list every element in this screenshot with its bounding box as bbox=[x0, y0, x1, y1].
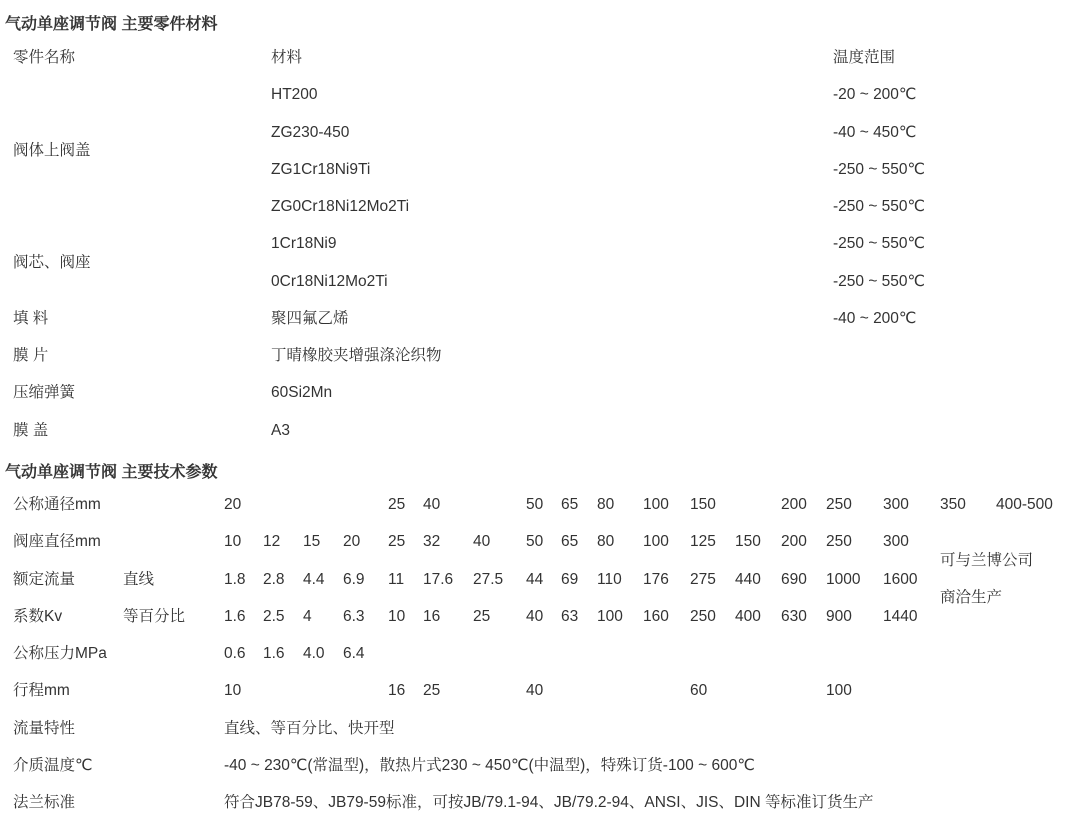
value-cell: 40 bbox=[526, 681, 543, 701]
row-label-flow-characteristic: 流量特性 bbox=[13, 719, 75, 739]
value-cell: 150 bbox=[690, 495, 716, 515]
value-cell: 630 bbox=[781, 607, 807, 627]
value-cell: 100 bbox=[826, 681, 852, 701]
value-cell: 40 bbox=[473, 532, 490, 552]
row-label-medium-temperature: 介质温度℃ bbox=[13, 756, 92, 776]
value-cell: 15 bbox=[303, 532, 320, 552]
part-name: 压缩弹簧 bbox=[13, 383, 75, 403]
material: 1Cr18Ni9 bbox=[271, 234, 336, 254]
value-cell: 69 bbox=[561, 570, 578, 590]
kv-note-line-2: 商洽生产 bbox=[940, 588, 1002, 608]
material: A3 bbox=[271, 421, 290, 441]
value-cell: 6.9 bbox=[343, 570, 365, 590]
value-cell: 25 bbox=[473, 607, 490, 627]
value-cell: 1.6 bbox=[224, 607, 246, 627]
value-cell: 0.6 bbox=[224, 644, 246, 664]
value-cell: 16 bbox=[388, 681, 405, 701]
value-cell: 25 bbox=[423, 681, 440, 701]
value-cell: 40 bbox=[526, 607, 543, 627]
material: 丁晴橡胶夹增强涤沦织物 bbox=[271, 346, 442, 366]
kv-note-line-1: 可与兰博公司 bbox=[940, 551, 1033, 571]
row-label-stroke: 行程mm bbox=[13, 681, 70, 701]
temp-range: -250 ~ 550℃ bbox=[833, 234, 925, 254]
value-cell: 200 bbox=[781, 495, 807, 515]
header-part-name: 零件名称 bbox=[13, 48, 75, 68]
part-name: 阀芯、阀座 bbox=[13, 253, 91, 273]
value-cell: 690 bbox=[781, 570, 807, 590]
value-cell: 44 bbox=[526, 570, 543, 590]
value-cell: 65 bbox=[561, 495, 578, 515]
value-cell: 176 bbox=[643, 570, 669, 590]
value-cell: 160 bbox=[643, 607, 669, 627]
value-cell: 4.0 bbox=[303, 644, 325, 664]
value-cell: 20 bbox=[224, 495, 241, 515]
flange-standard-value: 符合JB78-59、JB79-59标准，可按JB/79.1-94、JB/79.2… bbox=[224, 793, 873, 813]
value-cell: 1600 bbox=[883, 570, 917, 590]
value-cell: 32 bbox=[423, 532, 440, 552]
part-name: 膜 片 bbox=[13, 346, 48, 366]
value-cell: 17.6 bbox=[423, 570, 453, 590]
part-name: 填 料 bbox=[13, 309, 48, 329]
row-label-flange-standard: 法兰标准 bbox=[13, 793, 75, 813]
header-material: 材料 bbox=[271, 48, 302, 68]
row-label-nominal-pressure: 公称压力MPa bbox=[13, 644, 107, 664]
temp-range: -250 ~ 550℃ bbox=[833, 197, 925, 217]
value-cell: 27.5 bbox=[473, 570, 503, 590]
value-cell: 250 bbox=[826, 532, 852, 552]
material: HT200 bbox=[271, 85, 318, 105]
value-cell: 65 bbox=[561, 532, 578, 552]
value-cell: 63 bbox=[561, 607, 578, 627]
value-cell: 2.5 bbox=[263, 607, 285, 627]
value-cell: 6.3 bbox=[343, 607, 365, 627]
tech-section-title: 气动单座调节阀 主要技术参数 bbox=[5, 459, 217, 482]
value-cell: 11 bbox=[388, 570, 404, 590]
value-cell: 80 bbox=[597, 532, 614, 552]
value-cell: 2.8 bbox=[263, 570, 285, 590]
temp-range: -250 ~ 550℃ bbox=[833, 272, 925, 292]
materials-section-title: 气动单座调节阀 主要零件材料 bbox=[5, 11, 217, 34]
part-name: 阀体上阀盖 bbox=[13, 141, 91, 161]
medium-temperature-value: -40 ~ 230℃(常温型)，散热片式230 ~ 450℃(中温型)，特殊订货… bbox=[224, 756, 755, 776]
value-cell: 125 bbox=[690, 532, 716, 552]
value-cell: 1440 bbox=[883, 607, 917, 627]
value-cell: 100 bbox=[597, 607, 623, 627]
value-cell: 10 bbox=[388, 607, 405, 627]
value-cell: 100 bbox=[643, 532, 669, 552]
value-cell: 150 bbox=[735, 532, 761, 552]
row-sublabel-equal-pct: 等百分比 bbox=[123, 607, 185, 627]
nominal-diameter-extra-400-500: 400-500 bbox=[996, 495, 1053, 515]
material: ZG0Cr18Ni12Mo2Ti bbox=[271, 197, 409, 217]
header-temp-range: 温度范围 bbox=[833, 48, 895, 68]
material: ZG230-450 bbox=[271, 123, 349, 143]
value-cell: 900 bbox=[826, 607, 852, 627]
row-label-kv-2: 系数Kv bbox=[13, 607, 62, 627]
temp-range: -250 ~ 550℃ bbox=[833, 160, 925, 180]
value-cell: 80 bbox=[597, 495, 614, 515]
value-cell: 1.8 bbox=[224, 570, 246, 590]
value-cell: 100 bbox=[643, 495, 669, 515]
material: ZG1Cr18Ni9Ti bbox=[271, 160, 370, 180]
value-cell: 300 bbox=[883, 532, 909, 552]
flow-characteristic-value: 直线、等百分比、快开型 bbox=[224, 719, 395, 739]
value-cell: 400 bbox=[735, 607, 761, 627]
material: 0Cr18Ni12Mo2Ti bbox=[271, 272, 388, 292]
value-cell: 50 bbox=[526, 495, 543, 515]
temp-range: -20 ~ 200℃ bbox=[833, 85, 916, 105]
temp-range: -40 ~ 200℃ bbox=[833, 309, 916, 329]
value-cell: 12 bbox=[263, 532, 280, 552]
material: 60Si2Mn bbox=[271, 383, 332, 403]
temp-range: -40 ~ 450℃ bbox=[833, 123, 916, 143]
value-cell: 25 bbox=[388, 495, 405, 515]
value-cell: 6.4 bbox=[343, 644, 365, 664]
row-sublabel-linear: 直线 bbox=[123, 570, 154, 590]
value-cell: 4 bbox=[303, 607, 312, 627]
value-cell: 1.6 bbox=[263, 644, 285, 664]
value-cell: 16 bbox=[423, 607, 440, 627]
value-cell: 10 bbox=[224, 532, 241, 552]
value-cell: 25 bbox=[388, 532, 405, 552]
value-cell: 1000 bbox=[826, 570, 860, 590]
value-cell: 300 bbox=[883, 495, 909, 515]
value-cell: 200 bbox=[781, 532, 807, 552]
part-name: 膜 盖 bbox=[13, 421, 48, 441]
value-cell: 10 bbox=[224, 681, 241, 701]
value-cell: 110 bbox=[597, 570, 622, 590]
row-label-seat-diameter: 阀座直径mm bbox=[13, 532, 101, 552]
nominal-diameter-extra-350: 350 bbox=[940, 495, 966, 515]
material: 聚四氟乙烯 bbox=[271, 309, 349, 329]
value-cell: 250 bbox=[690, 607, 716, 627]
value-cell: 50 bbox=[526, 532, 543, 552]
row-label-kv-1: 额定流量 bbox=[13, 570, 75, 590]
value-cell: 60 bbox=[690, 681, 707, 701]
value-cell: 40 bbox=[423, 495, 440, 515]
value-cell: 20 bbox=[343, 532, 360, 552]
row-label-nominal-diameter: 公称通径mm bbox=[13, 495, 101, 515]
value-cell: 4.4 bbox=[303, 570, 325, 590]
value-cell: 275 bbox=[690, 570, 716, 590]
value-cell: 250 bbox=[826, 495, 852, 515]
value-cell: 440 bbox=[735, 570, 761, 590]
